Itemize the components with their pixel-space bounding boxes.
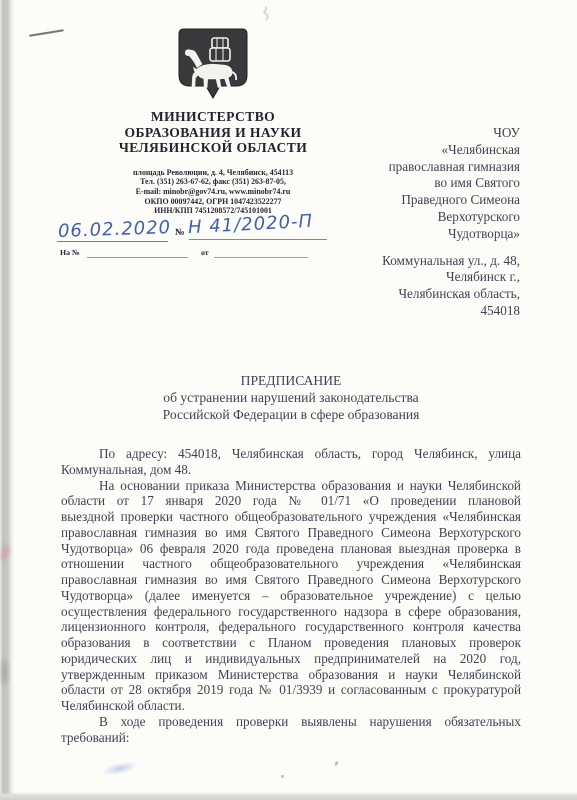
body-line: православная гимназия во имя Святого Пра… (61, 572, 521, 588)
recipient-address-line: 454018 (280, 303, 520, 320)
document-body: По адресу: 454018, Челябинская область, … (61, 446, 521, 745)
body-line: Чудотворца» (далее именуется – образоват… (61, 588, 521, 604)
document-title: ПРЕДПИСАНИЕ об устранении нарушений зако… (61, 372, 521, 424)
body-line: По адресу: 454018, Челябинская область, … (61, 446, 521, 462)
body-line: На основании приказа Министерства образо… (61, 478, 521, 494)
scan-speck (281, 775, 284, 778)
body-line: православная гимназия во имя Святого Пра… (61, 525, 521, 541)
recipient-org-line: Праведного Симеона (280, 192, 520, 209)
ministry-name-line: МИНИСТЕРСТВО (60, 109, 366, 125)
body-line: области от 17 января 2020 года № 01/71 «… (61, 493, 521, 509)
body-line: осуществления федерального государственн… (61, 604, 521, 620)
from-label: от (201, 248, 209, 257)
scanner-edge-bottom (0, 792, 577, 800)
scan-edge-mark (1, 658, 8, 686)
recipient-org-line: православная гимназия (280, 159, 520, 176)
recipient-address-line: Челябинск г., (280, 269, 520, 286)
recipient-org-line: Верхотурского (280, 209, 520, 226)
body-line: утвержденным приказом Министерства образ… (61, 667, 521, 683)
body-line: выездной проверки частного общеобразоват… (61, 509, 521, 525)
recipient-block: ЧОУ «Челябинская православная гимназия в… (280, 125, 520, 320)
recipient-org-line: ЧОУ (280, 125, 520, 142)
body-line: области от 28 октября 2019 года № 01/393… (61, 682, 521, 698)
document-title-line: ПРЕДПИСАНИЕ (61, 372, 521, 389)
recipient-org-line: во имя Святого (280, 175, 520, 192)
scan-speck (334, 761, 339, 767)
recipient-address-line: Челябинская область, (280, 286, 520, 303)
handwritten-date: 06.02.2020 (58, 217, 172, 242)
body-line: отношении частного общеобразовательного … (61, 556, 521, 572)
scanned-document-page: МИНИСТЕРСТВО ОБРАЗОВАНИЯ И НАУКИ ЧЕЛЯБИН… (0, 0, 577, 800)
body-line: Коммунальная, дом 48. (61, 462, 521, 478)
recipient-address-line: Коммунальная ул., д. 48, (280, 253, 520, 270)
body-line: юридических лиц и индивидуальных предпри… (61, 651, 521, 667)
recipient-address: Коммунальная ул., д. 48, Челябинск г., Ч… (280, 253, 520, 320)
chelyabinsk-coat-of-arms-icon (176, 28, 250, 100)
recipient-org-line: «Челябинская (280, 142, 520, 159)
document-title-line: Российской Федерации в сфере образования (61, 406, 521, 423)
body-line: Чудотворца» 06 февраля 2020 года проведе… (61, 541, 521, 557)
body-line: требований: (61, 730, 521, 746)
body-line: образования в соответствии с Планом пров… (61, 635, 521, 651)
scan-smudge-artifact (257, 5, 271, 28)
recipient-org-line: Чудотворца» (280, 226, 520, 243)
date-underline (57, 241, 168, 242)
pen-mark-artifact (29, 29, 64, 36)
body-line: лицензионного контроля, федерального гос… (61, 619, 521, 635)
number-sign: № (175, 228, 185, 238)
body-line: Челябинской области. (61, 698, 521, 714)
document-title-line: об устранении нарушений законодательства (61, 389, 521, 406)
body-line: В ходе проведения проверки выявлены нару… (61, 714, 521, 730)
reply-to-underline (87, 257, 188, 258)
reply-to-label: На № (60, 248, 80, 257)
ink-smudge-artifact (101, 759, 139, 777)
